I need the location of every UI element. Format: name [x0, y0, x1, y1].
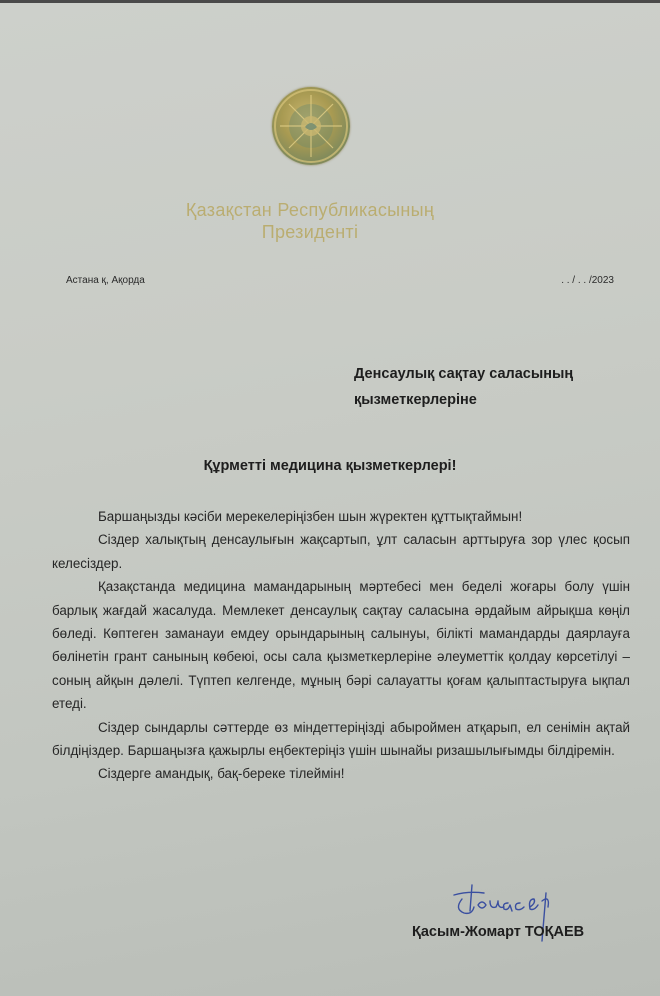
signer-name: Қасым-Жомарт ТОҚАЕВ	[412, 924, 584, 940]
letterhead-org-name: Қазақстан Республикасының	[150, 200, 470, 221]
addressee: Денсаулық сақтау саласының қызметкерлері…	[354, 361, 573, 413]
salutation: Құрметті медицина қызметкерлері!	[0, 458, 660, 474]
addressee-line-1: Денсаулық сақтау саласының	[354, 361, 573, 387]
letter-place: Астана қ, Ақорда	[66, 275, 145, 286]
addressee-line-2: қызметкерлеріне	[354, 387, 573, 413]
paragraph-2: Сіздер халықтың денсаулығын жақсартып, ұ…	[52, 528, 630, 575]
letter-date: . . / . . /2023	[561, 275, 614, 286]
paragraph-5: Сіздерге амандық, бақ-береке тілеймін!	[52, 762, 630, 785]
paragraph-4: Сіздер сындарлы сәттерде өз міндеттеріңі…	[52, 716, 630, 763]
paragraph-1: Баршаңызды кәсіби мерекелеріңізбен шын ж…	[52, 505, 630, 528]
paragraph-3: Қазақстанда медицина мамандарының мәртеб…	[52, 575, 630, 715]
state-emblem-icon	[272, 87, 350, 165]
letterhead-title: Президенті	[150, 222, 470, 243]
letter-body: Баршаңызды кәсіби мерекелеріңізбен шын ж…	[52, 505, 630, 786]
letter-page: Қазақстан Республикасының Президенті Аст…	[0, 3, 660, 996]
